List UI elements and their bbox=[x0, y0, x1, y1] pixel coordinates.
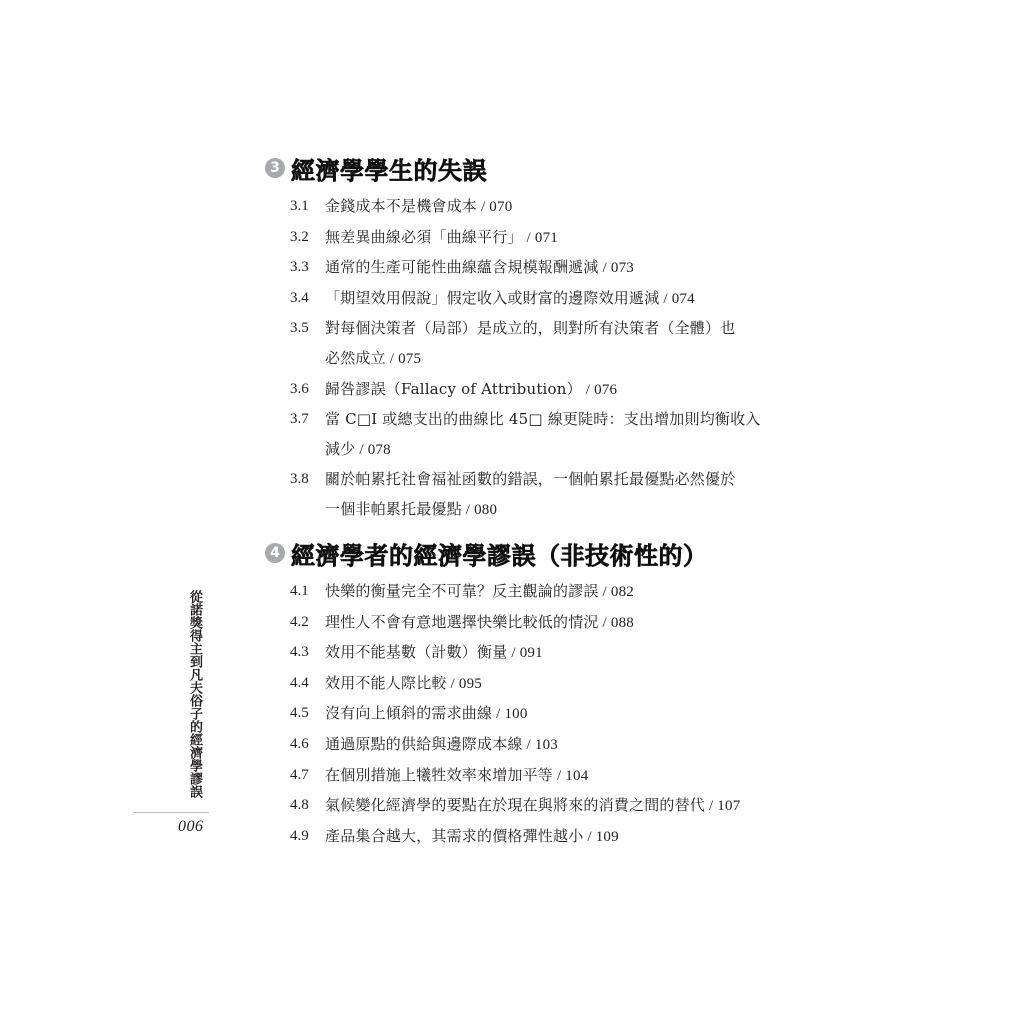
circled-number-icon: 4 bbox=[265, 543, 285, 563]
entry-separator: / bbox=[583, 829, 595, 845]
entry-separator: / bbox=[386, 351, 398, 367]
entry-text: 快樂的衡量完全不可靠？反主觀論的謬誤 / 082 bbox=[325, 577, 775, 608]
entry-title: 金錢成本不是機會成本 bbox=[325, 197, 477, 215]
entry-text: 當 C□I 或總支出的曲線比 45□ 線更陡時：支出增加則均衡收入減少 / 07… bbox=[325, 405, 775, 465]
toc-entry[interactable]: 3.3 通常的生產可能性曲線蘊含規模報酬遞減 / 073 bbox=[265, 253, 795, 284]
entry-page-number: 073 bbox=[611, 260, 634, 276]
entry-number: 3.2 bbox=[265, 223, 325, 253]
entry-title-line-2: 必然成立 bbox=[325, 349, 386, 367]
entry-title: 理性人不會有意地選擇快樂比較低的情況 bbox=[325, 613, 599, 631]
toc-entry[interactable]: 4.8 氣候變化經濟學的要點在於現在與將來的消費之間的替代 / 107 bbox=[265, 791, 795, 822]
toc-entry[interactable]: 4.5 沒有向上傾斜的需求曲線 / 100 bbox=[265, 699, 795, 730]
entry-page-number: 078 bbox=[368, 442, 391, 458]
running-book-title: 從諾獎得主到凡夫俗子的經濟學謬誤 bbox=[186, 590, 202, 798]
entry-number: 3.7 bbox=[265, 405, 325, 435]
entry-text: 通常的生產可能性曲線蘊含規模報酬遞減 / 073 bbox=[325, 253, 775, 284]
entry-separator: / bbox=[553, 768, 565, 784]
toc-entry[interactable]: 3.5 對每個決策者（局部）是成立的，則對所有決策者（全體）也必然成立 / 07… bbox=[265, 314, 795, 374]
entry-text: 無差異曲線必須「曲線平行」 / 071 bbox=[325, 223, 775, 254]
entry-title-line-2: 一個非帕累托最優點 bbox=[325, 500, 462, 518]
entry-title: 「期望效用假說」假定收入或財富的邊際效用遞減 bbox=[325, 289, 659, 307]
entry-title-line-1: 當 C□I 或總支出的曲線比 45□ 線更陡時：支出增加則均衡收入 bbox=[325, 410, 761, 428]
entry-page-number: 082 bbox=[611, 584, 634, 600]
entry-separator: / bbox=[599, 584, 611, 600]
page-number: 006 bbox=[178, 818, 204, 836]
entry-title: 氣候變化經濟學的要點在於現在與將來的消費之間的替代 bbox=[325, 796, 705, 814]
entry-number: 4.7 bbox=[265, 761, 325, 791]
toc-entry[interactable]: 4.2 理性人不會有意地選擇快樂比較低的情況 / 088 bbox=[265, 608, 795, 639]
chapter-heading: 3 經濟學學生的失誤 bbox=[265, 152, 795, 184]
entry-page-number: 107 bbox=[717, 798, 740, 814]
chapter-heading: 4 經濟學者的經濟學謬誤（非技術性的） bbox=[265, 537, 795, 569]
entry-separator: / bbox=[705, 798, 717, 814]
entry-page-number: 080 bbox=[474, 502, 497, 518]
toc-entry-list: 3.1 金錢成本不是機會成本 / 070 3.2 無差異曲線必須「曲線平行」 /… bbox=[265, 192, 795, 526]
entry-title: 無差異曲線必須「曲線平行」 bbox=[325, 228, 523, 246]
entry-number: 3.4 bbox=[265, 284, 325, 314]
entry-number: 4.6 bbox=[265, 730, 325, 760]
toc-entry-list: 4.1 快樂的衡量完全不可靠？反主觀論的謬誤 / 082 4.2 理性人不會有意… bbox=[265, 577, 795, 852]
toc-entry[interactable]: 3.7 當 C□I 或總支出的曲線比 45□ 線更陡時：支出增加則均衡收入減少 … bbox=[265, 405, 795, 465]
entry-text: 效用不能人際比較 / 095 bbox=[325, 669, 775, 700]
entry-separator: / bbox=[492, 706, 504, 722]
entry-number: 4.1 bbox=[265, 577, 325, 607]
entry-page-number: 104 bbox=[565, 768, 588, 784]
chapter-4-section: 4 經濟學者的經濟學謬誤（非技術性的） 4.1 快樂的衡量完全不可靠？反主觀論的… bbox=[265, 537, 795, 852]
entry-title: 在個別措施上犧牲效率來增加平等 bbox=[325, 766, 553, 784]
entry-number: 4.5 bbox=[265, 699, 325, 729]
entry-title-line-2: 減少 bbox=[325, 440, 355, 458]
toc-entry[interactable]: 3.6 歸咎謬誤（Fallacy of Attribution） / 076 bbox=[265, 375, 795, 406]
toc-entry[interactable]: 3.1 金錢成本不是機會成本 / 070 bbox=[265, 192, 795, 223]
entry-title: 通過原點的供給與邊際成本線 bbox=[325, 735, 523, 753]
entry-separator: / bbox=[599, 260, 611, 276]
entry-title: 通常的生產可能性曲線蘊含規模報酬遞減 bbox=[325, 258, 599, 276]
entry-page-number: 103 bbox=[535, 737, 558, 753]
entry-text: 產品集合越大，其需求的價格彈性越小 / 109 bbox=[325, 822, 775, 853]
entry-number: 3.8 bbox=[265, 465, 325, 495]
toc-entry[interactable]: 3.4 「期望效用假說」假定收入或財富的邊際效用遞減 / 074 bbox=[265, 284, 795, 315]
chapter-title: 經濟學者的經濟學謬誤（非技術性的） bbox=[291, 536, 708, 571]
entry-number: 3.5 bbox=[265, 314, 325, 344]
toc-entry[interactable]: 4.4 效用不能人際比較 / 095 bbox=[265, 669, 795, 700]
entry-number: 4.3 bbox=[265, 638, 325, 668]
entry-number: 3.1 bbox=[265, 192, 325, 222]
entry-number: 4.9 bbox=[265, 822, 325, 852]
entry-title: 歸咎謬誤（Fallacy of Attribution） bbox=[325, 380, 582, 398]
entry-separator: / bbox=[582, 382, 594, 398]
entry-title: 沒有向上傾斜的需求曲線 bbox=[325, 704, 492, 722]
entry-text: 效用不能基數（計數）衡量 / 091 bbox=[325, 638, 775, 669]
entry-text: 歸咎謬誤（Fallacy of Attribution） / 076 bbox=[325, 375, 775, 406]
entry-title: 效用不能人際比較 bbox=[325, 674, 447, 692]
toc-entry[interactable]: 4.6 通過原點的供給與邊際成本線 / 103 bbox=[265, 730, 795, 761]
entry-separator: / bbox=[477, 199, 489, 215]
footer-divider bbox=[133, 812, 209, 813]
entry-title: 產品集合越大，其需求的價格彈性越小 bbox=[325, 827, 583, 845]
entry-number: 3.6 bbox=[265, 375, 325, 405]
toc-entry[interactable]: 4.1 快樂的衡量完全不可靠？反主觀論的謬誤 / 082 bbox=[265, 577, 795, 608]
entry-number: 3.3 bbox=[265, 253, 325, 283]
entry-title-line-1: 關於帕累托社會福祉函數的錯誤，一個帕累托最優點必然優於 bbox=[325, 470, 735, 488]
entry-separator: / bbox=[355, 442, 367, 458]
book-page: 3 經濟學學生的失誤 3.1 金錢成本不是機會成本 / 070 3.2 無差異曲… bbox=[0, 0, 1016, 1016]
chapter-3-section: 3 經濟學學生的失誤 3.1 金錢成本不是機會成本 / 070 3.2 無差異曲… bbox=[265, 152, 795, 526]
entry-text: 理性人不會有意地選擇快樂比較低的情況 / 088 bbox=[325, 608, 775, 639]
entry-number: 4.2 bbox=[265, 608, 325, 638]
entry-number: 4.8 bbox=[265, 791, 325, 821]
entry-separator: / bbox=[599, 615, 611, 631]
entry-title: 效用不能基數（計數）衡量 bbox=[325, 643, 507, 661]
entry-page-number: 070 bbox=[489, 199, 512, 215]
entry-text: 對每個決策者（局部）是成立的，則對所有決策者（全體）也必然成立 / 075 bbox=[325, 314, 775, 374]
entry-page-number: 076 bbox=[594, 382, 617, 398]
entry-text: 沒有向上傾斜的需求曲線 / 100 bbox=[325, 699, 775, 730]
entry-separator: / bbox=[659, 291, 671, 307]
entry-title-line-1: 對每個決策者（局部）是成立的，則對所有決策者（全體）也 bbox=[325, 319, 735, 337]
toc-entry[interactable]: 4.7 在個別措施上犧牲效率來增加平等 / 104 bbox=[265, 761, 795, 792]
toc-entry[interactable]: 4.9 產品集合越大，其需求的價格彈性越小 / 109 bbox=[265, 822, 795, 853]
entry-page-number: 075 bbox=[398, 351, 421, 367]
entry-page-number: 074 bbox=[672, 291, 695, 307]
entry-page-number: 095 bbox=[459, 676, 482, 692]
entry-text: 金錢成本不是機會成本 / 070 bbox=[325, 192, 775, 223]
entry-page-number: 109 bbox=[596, 829, 619, 845]
circled-number-icon: 3 bbox=[265, 158, 285, 178]
entry-page-number: 091 bbox=[520, 645, 543, 661]
entry-page-number: 071 bbox=[535, 230, 558, 246]
entry-separator: / bbox=[523, 737, 535, 753]
entry-separator: / bbox=[523, 230, 535, 246]
entry-text: 關於帕累托社會福祉函數的錯誤，一個帕累托最優點必然優於一個非帕累托最優點 / 0… bbox=[325, 465, 775, 525]
entry-text: 氣候變化經濟學的要點在於現在與將來的消費之間的替代 / 107 bbox=[325, 791, 775, 822]
chapter-title: 經濟學學生的失誤 bbox=[291, 151, 487, 186]
entry-separator: / bbox=[507, 645, 519, 661]
entry-separator: / bbox=[462, 502, 474, 518]
entry-page-number: 088 bbox=[611, 615, 634, 631]
toc-entry[interactable]: 4.3 效用不能基數（計數）衡量 / 091 bbox=[265, 638, 795, 669]
toc-entry[interactable]: 3.8 關於帕累托社會福祉函數的錯誤，一個帕累托最優點必然優於一個非帕累托最優點… bbox=[265, 465, 795, 525]
entry-separator: / bbox=[447, 676, 459, 692]
toc-entry[interactable]: 3.2 無差異曲線必須「曲線平行」 / 071 bbox=[265, 223, 795, 254]
entry-text: 通過原點的供給與邊際成本線 / 103 bbox=[325, 730, 775, 761]
entry-number: 4.4 bbox=[265, 669, 325, 699]
entry-text: 「期望效用假說」假定收入或財富的邊際效用遞減 / 074 bbox=[325, 284, 775, 315]
entry-text: 在個別措施上犧牲效率來增加平等 / 104 bbox=[325, 761, 775, 792]
entry-page-number: 100 bbox=[504, 706, 527, 722]
entry-title: 快樂的衡量完全不可靠？反主觀論的謬誤 bbox=[325, 582, 599, 600]
